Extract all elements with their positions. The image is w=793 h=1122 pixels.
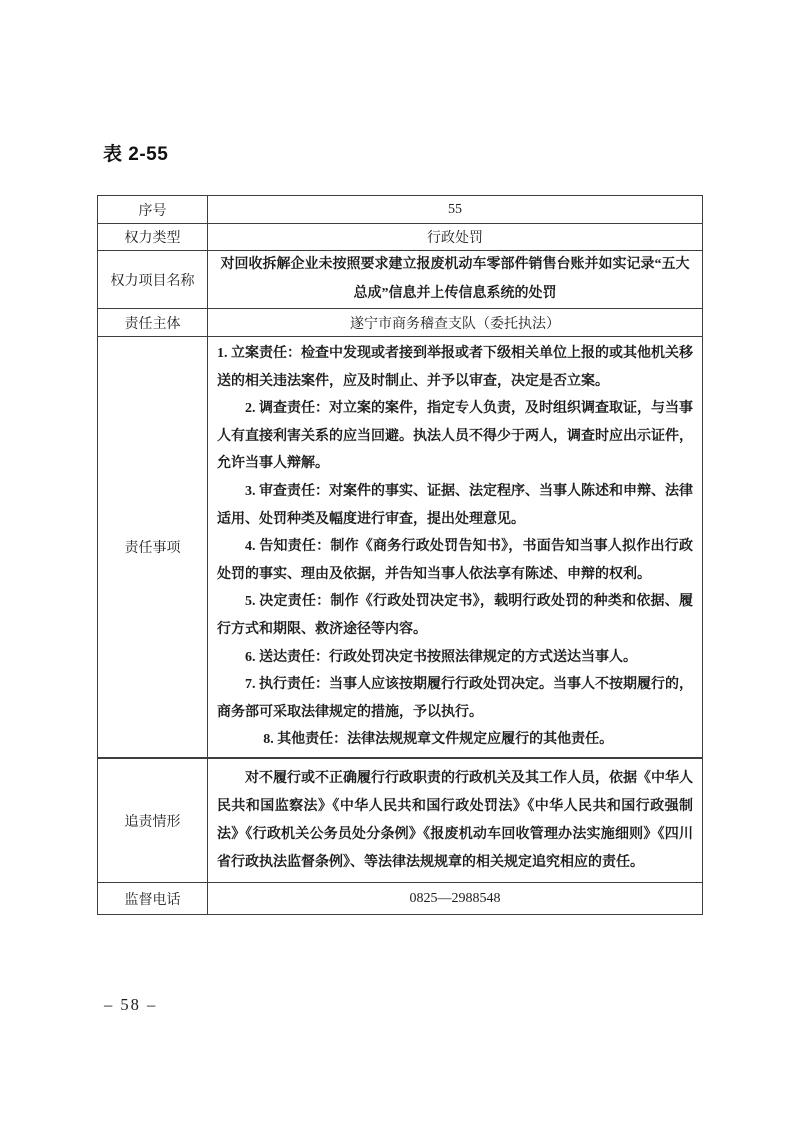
row-label-responsible-subject: 责任主体 (98, 309, 208, 337)
row-label-accountability-situations: 追责情形 (98, 758, 208, 883)
duty-item-6: 6. 送达责任：行政处罚决定书按照法律规定的方式送达当事人。 (217, 644, 693, 672)
table-row-responsible-subject: 责任主体 遂宁市商务稽查支队（委托执法） (98, 309, 703, 337)
duty-item-4: 4. 告知责任：制作《商务行政处罚告知书》，书面告知当事人拟作出行政处罚的事实、… (217, 533, 693, 588)
table-caption: 表 2-55 (103, 139, 168, 166)
duty-item-2: 2. 调查责任：对立案的案件，指定专人负责，及时组织调查取证，与当事人有直接利害… (217, 395, 693, 478)
row-value-duty-items: 1. 立案责任：检查中发现或者接到举报或者下级相关单位上报的或其他机关移送的相关… (208, 337, 703, 758)
row-value-accountability-situations: 对不履行或不正确履行行政职责的行政机关及其工作人员，依据《中华人民共和国监察法》… (208, 758, 703, 883)
table-row-serial-number: 序号 55 (98, 196, 703, 224)
accountability-paragraph: 对不履行或不正确履行行政职责的行政机关及其工作人员，依据《中华人民共和国监察法》… (217, 765, 693, 877)
row-label-duty-items: 责任事项 (98, 337, 208, 758)
duty-item-8: 8. 其他责任：法律法规规章文件规定应履行的其他责任。 (217, 726, 693, 754)
duty-item-3: 3. 审查责任：对案件的事实、证据、法定程序、当事人陈述和申辩、法律适用、处罚种… (217, 478, 693, 533)
row-value-power-type: 行政处罚 (208, 224, 703, 251)
document-page: 表 2-55 序号 55 权力类型 行政处罚 权力项目名称 对回收拆解企业未按照… (0, 0, 793, 1122)
row-label-serial-number: 序号 (98, 196, 208, 224)
row-value-serial-number: 55 (208, 196, 703, 224)
power-item-table: 序号 55 权力类型 行政处罚 权力项目名称 对回收拆解企业未按照要求建立报废机… (97, 195, 703, 915)
table-row-supervision-phone: 监督电话 0825—2988548 (98, 883, 703, 915)
row-value-power-item-name: 对回收拆解企业未按照要求建立报废机动车零部件销售台账并如实记录“五大总成”信息并… (208, 251, 703, 309)
table-row-power-type: 权力类型 行政处罚 (98, 224, 703, 251)
duty-item-1: 1. 立案责任：检查中发现或者接到举报或者下级相关单位上报的或其他机关移送的相关… (217, 340, 693, 395)
page-number: – 58 – (104, 995, 157, 1015)
row-label-power-type: 权力类型 (98, 224, 208, 251)
row-value-supervision-phone: 0825—2988548 (208, 883, 703, 915)
row-value-responsible-subject: 遂宁市商务稽查支队（委托执法） (208, 309, 703, 337)
duty-item-5: 5. 决定责任：制作《行政处罚决定书》，载明行政处罚的种类和依据、履行方式和期限… (217, 588, 693, 643)
table-row-power-item-name: 权力项目名称 对回收拆解企业未按照要求建立报废机动车零部件销售台账并如实记录“五… (98, 251, 703, 309)
row-label-supervision-phone: 监督电话 (98, 883, 208, 915)
duty-item-7: 7. 执行责任：当事人应该按期履行行政处罚决定。当事人不按期履行的，商务部可采取… (217, 671, 693, 726)
row-label-power-item-name: 权力项目名称 (98, 251, 208, 309)
table-row-accountability-situations: 追责情形 对不履行或不正确履行行政职责的行政机关及其工作人员，依据《中华人民共和… (98, 758, 703, 883)
table-row-duty-items: 责任事项 1. 立案责任：检查中发现或者接到举报或者下级相关单位上报的或其他机关… (98, 337, 703, 758)
